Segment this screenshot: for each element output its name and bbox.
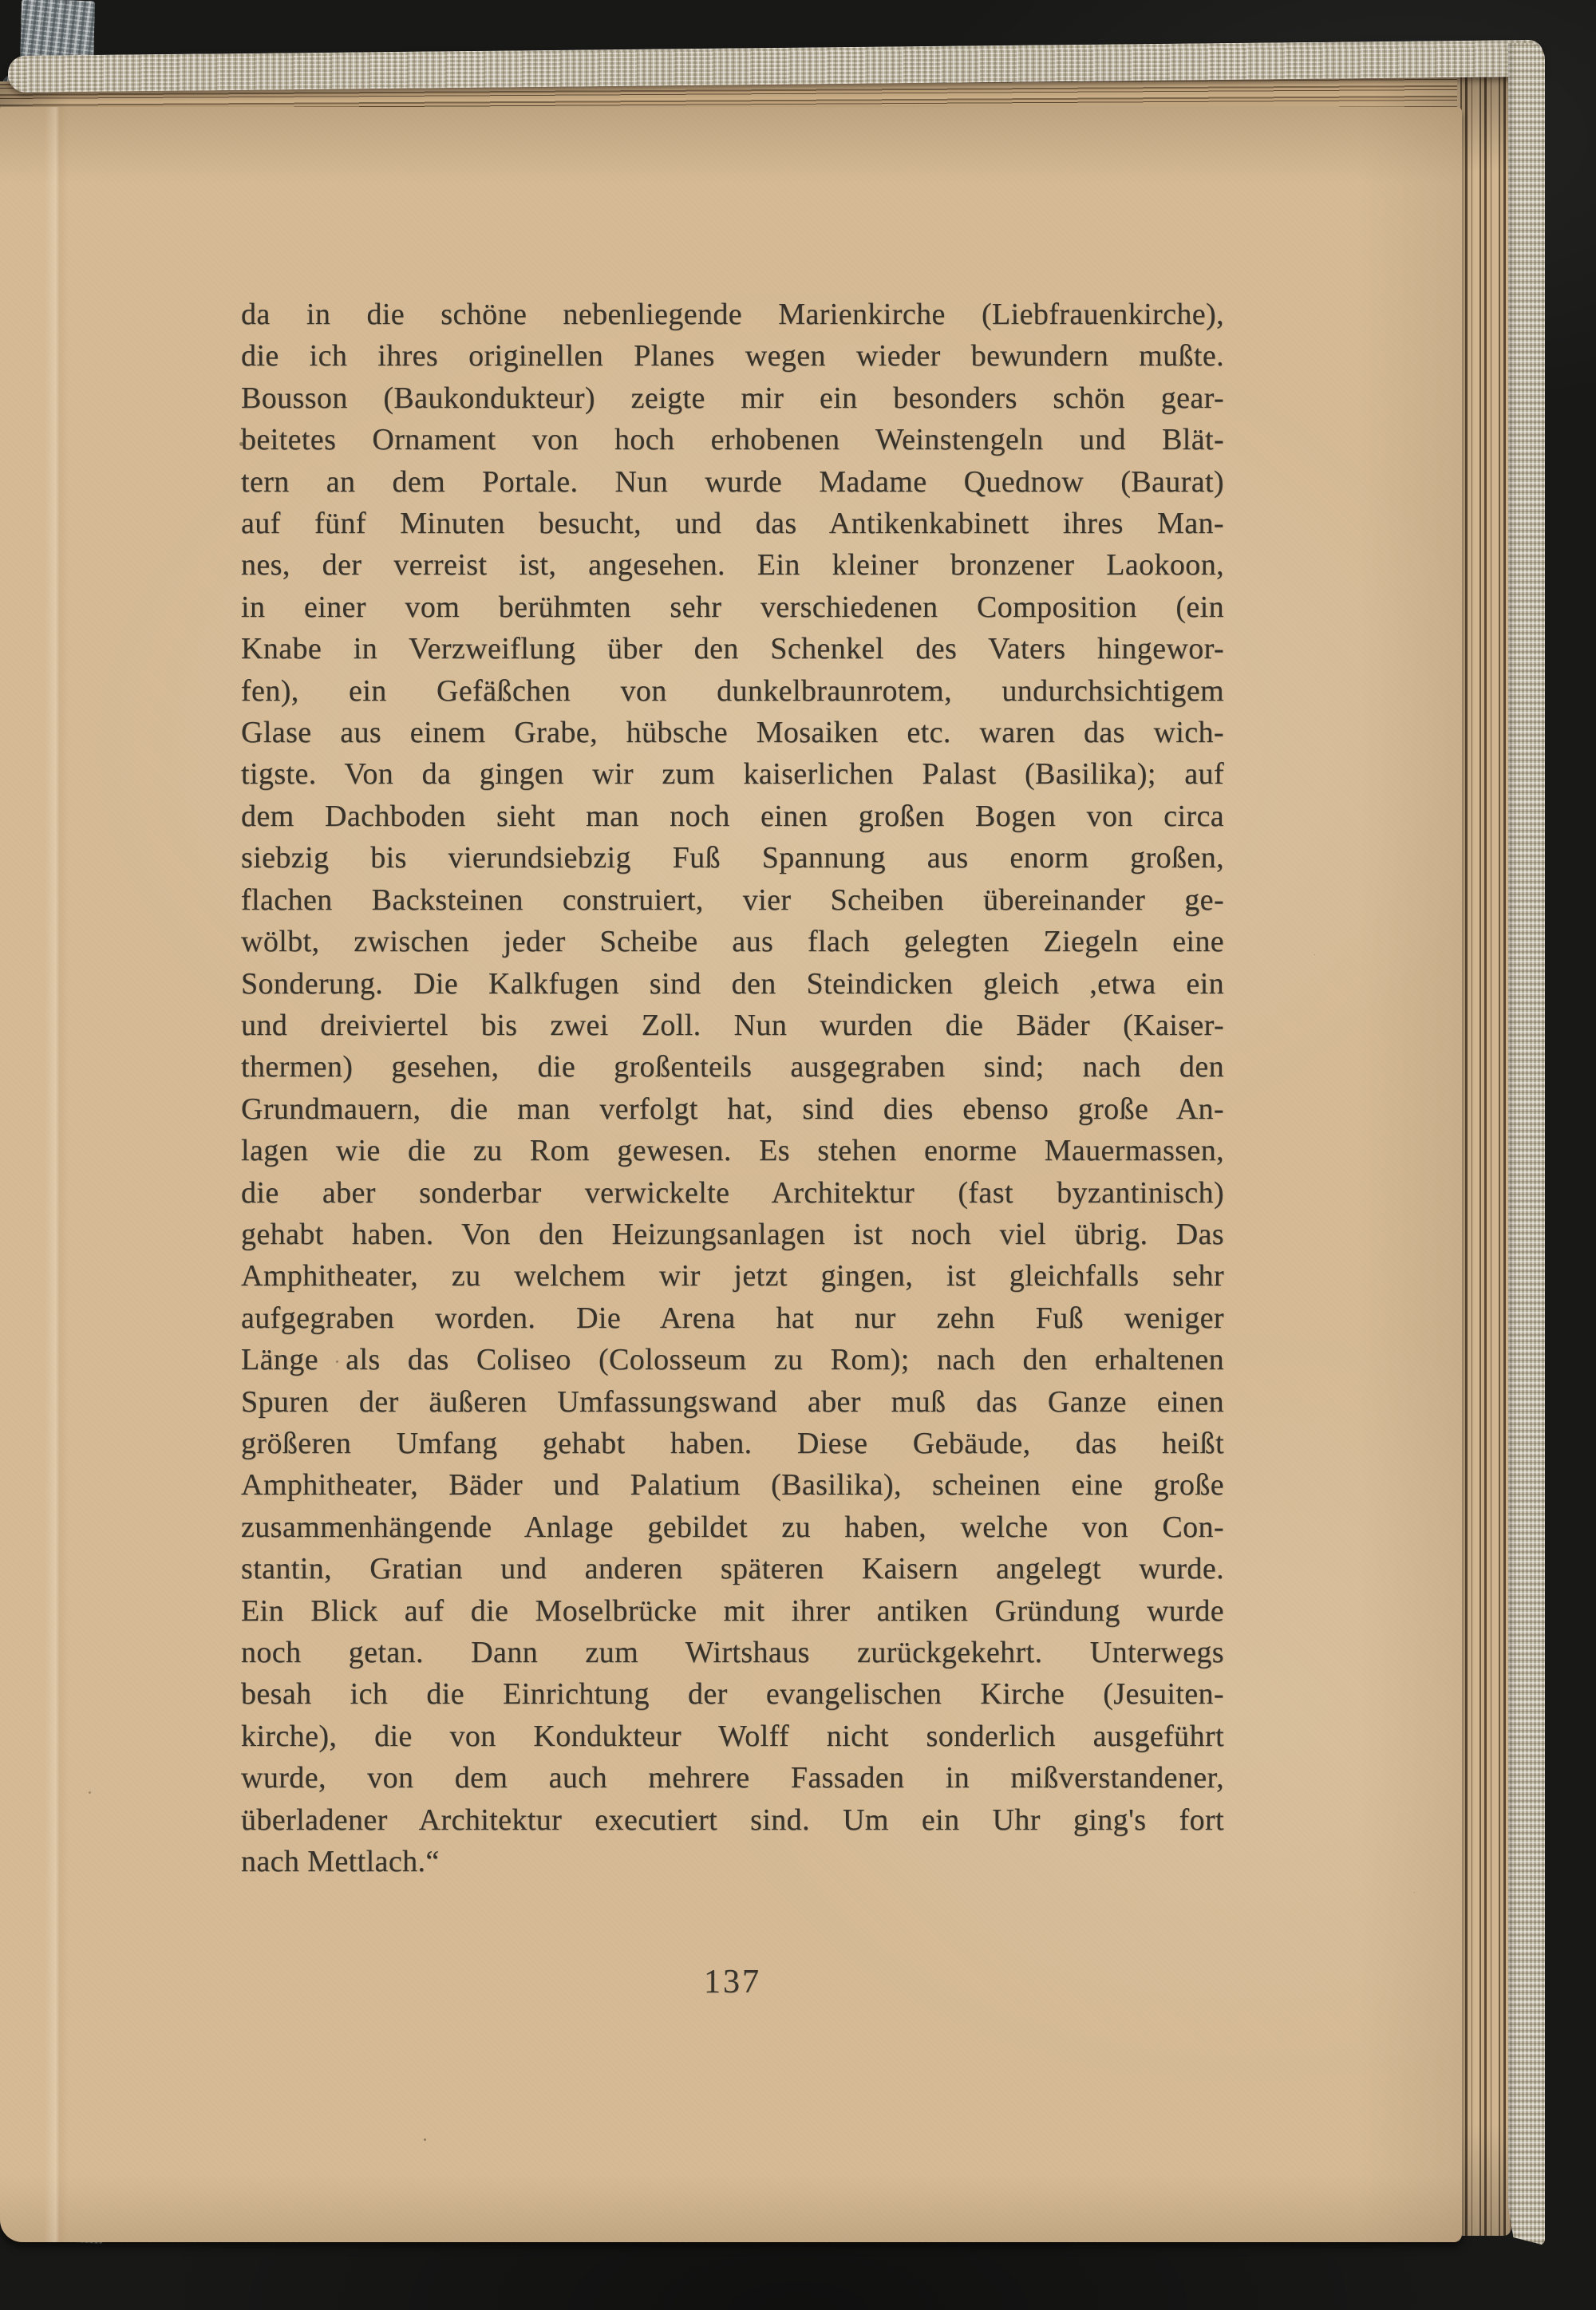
text-line: da in die schöne nebenliegende Marienkir… bbox=[241, 294, 1224, 335]
text-line: besah ich die Einrichtung der evangelisc… bbox=[241, 1673, 1224, 1715]
page-edges-fore-edge bbox=[1457, 77, 1511, 2236]
text-line: wurde, von dem auch mehrere Fassaden in … bbox=[241, 1757, 1224, 1799]
page-crease bbox=[45, 107, 69, 2242]
text-block: da in die schöne nebenliegende Marienkir… bbox=[241, 294, 1224, 1882]
text-line: zusammenhängende Anlage gebildet zu habe… bbox=[241, 1506, 1224, 1548]
text-line: gehabt haben. Von den Heizungsanlagen is… bbox=[241, 1214, 1224, 1255]
text-line: tigste. Von da gingen wir zum kaiserlich… bbox=[241, 753, 1224, 795]
text-line: Bousson (Baukondukteur) zeigte mir ein b… bbox=[241, 377, 1224, 419]
text-line: siebzig bis vierundsiebzig Fuß Spannung … bbox=[241, 837, 1224, 879]
text-line: Amphitheater, zu welchem wir jetzt ginge… bbox=[241, 1255, 1224, 1297]
text-line: tern an dem Portale. Nun wurde Madame Qu… bbox=[241, 461, 1224, 503]
text-line: Knabe in Verzweiflung über den Schenkel … bbox=[241, 628, 1224, 669]
page-number: 137 bbox=[241, 1963, 1224, 2001]
text-line: aufgegraben worden. Die Arena hat nur ze… bbox=[241, 1297, 1224, 1339]
text-line: flachen Backsteinen construiert, vier Sc… bbox=[241, 879, 1224, 921]
text-line: lagen wie die zu Rom gewesen. Es stehen … bbox=[241, 1130, 1224, 1171]
text-line: Länge als das Coliseo (Colosseum zu Rom)… bbox=[241, 1339, 1224, 1380]
text-line: Glase aus einem Grabe, hübsche Mosaiken … bbox=[241, 712, 1224, 753]
book-scan: da in die schöne nebenliegende Marienkir… bbox=[0, 0, 1596, 2310]
text-line: fen), ein Gefäßchen von dunkelbraunrotem… bbox=[241, 670, 1224, 712]
text-line: stantin, Gratian und anderen späteren Ka… bbox=[241, 1548, 1224, 1589]
text-line: dem Dachboden sieht man noch einen große… bbox=[241, 796, 1224, 837]
text-line: thermen) gesehen, die großenteils ausgeg… bbox=[241, 1046, 1224, 1088]
text-line: in einer vom berühmten sehr verschiedene… bbox=[241, 586, 1224, 628]
text-line: wölbt, zwischen jeder Scheibe aus flach … bbox=[241, 921, 1224, 962]
text-line: Ein Blick auf die Moselbrücke mit ihrer … bbox=[241, 1590, 1224, 1632]
text-line: Grundmauern, die man verfolgt hat, sind … bbox=[241, 1088, 1224, 1130]
text-line: die ich ihres originellen Planes wegen w… bbox=[241, 335, 1224, 377]
text-line: auf fünf Minuten besucht, und das Antike… bbox=[241, 503, 1224, 544]
book-page: da in die schöne nebenliegende Marienkir… bbox=[0, 107, 1462, 2242]
text-line: Spuren der äußeren Umfassungswand aber m… bbox=[241, 1381, 1224, 1423]
text-line: Amphitheater, Bäder und Palatium (Basili… bbox=[241, 1464, 1224, 1506]
text-line: kirche), die von Kondukteur Wolff nicht … bbox=[241, 1716, 1224, 1757]
text-line: Sonderung. Die Kalkfugen sind den Steind… bbox=[241, 963, 1224, 1005]
text-line: überladener Architektur executiert sind.… bbox=[241, 1799, 1224, 1841]
text-line: noch getan. Dann zum Wirtshaus zurückgek… bbox=[241, 1632, 1224, 1673]
cover-cloth-right bbox=[1508, 43, 1545, 2245]
text-line: die aber sonderbar verwickelte Architekt… bbox=[241, 1172, 1224, 1214]
text-line: beitetes Ornament von hoch erhobenen Wei… bbox=[241, 419, 1224, 460]
text-line: nach Mettlach.“ bbox=[241, 1841, 1224, 1882]
text-line: und dreiviertel bis zwei Zoll. Nun wurde… bbox=[241, 1005, 1224, 1046]
text-line: größeren Umfang gehabt haben. Diese Gebä… bbox=[241, 1423, 1224, 1464]
text-line: nes, der verreist ist, angesehen. Ein kl… bbox=[241, 544, 1224, 586]
